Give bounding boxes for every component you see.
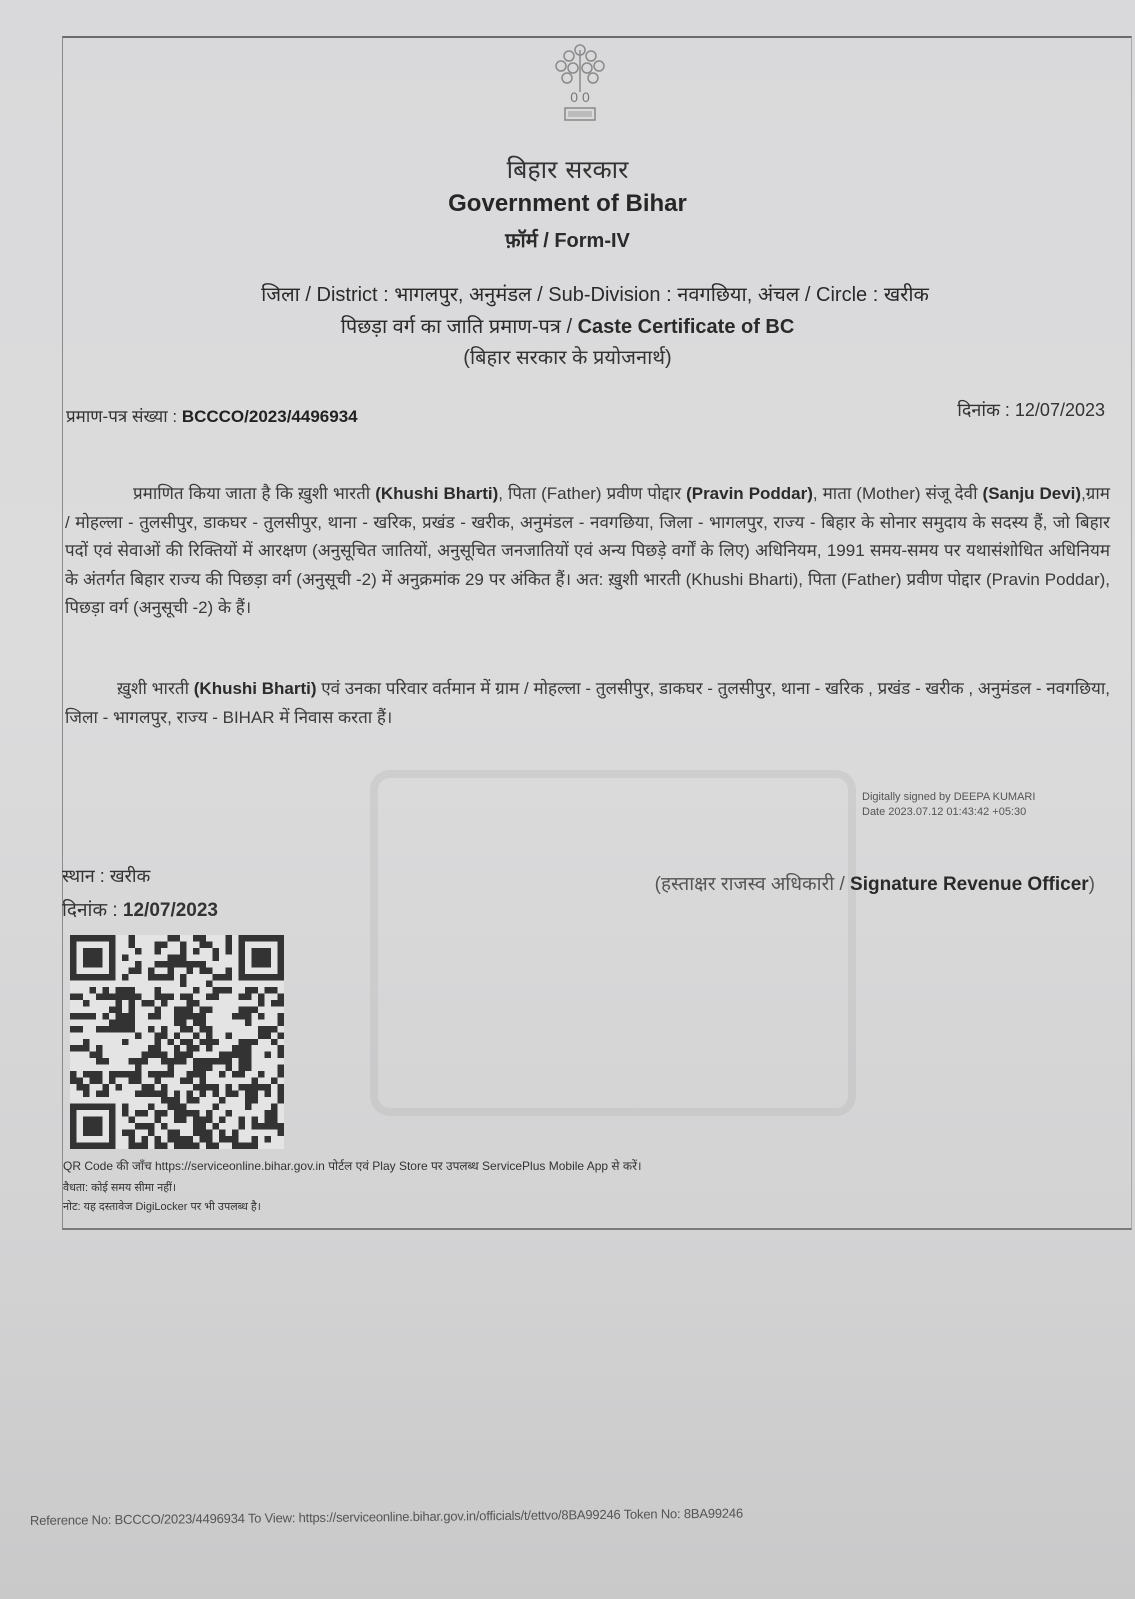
- signature-hindi: (हस्ताक्षर राजस्व अधिकारी /: [655, 874, 850, 895]
- signature-english: Signature Revenue Officer: [850, 874, 1089, 895]
- certificate-type: पिछड़ा वर्ग का जाति प्रमाण-पत्र / Caste …: [0, 312, 1135, 339]
- qr-verification-note: QR Code की जाँच https://serviceonline.bi…: [63, 1157, 642, 1174]
- text: ): [1089, 874, 1095, 895]
- text: प्रमाणित किया जाता है कि ख़ुशी भारती: [133, 484, 375, 503]
- subdivision-label: , अनुमंडल / Sub-Division :: [458, 284, 677, 306]
- district-value: भागलपुर: [394, 284, 458, 306]
- place-date: दिनांक : 12/07/2023: [62, 896, 218, 922]
- applicant-name: (Khushi Bharti): [375, 484, 498, 503]
- hindi-title: बिहार सरकार: [0, 152, 1135, 186]
- certificate-date-value: 12/07/2023: [1015, 400, 1105, 420]
- text: , माता (Mother) संजू देवी: [813, 484, 983, 503]
- text: ख़ुशी भारती: [117, 679, 194, 698]
- reference-line: Reference No: BCCCO/2023/4496934 To View…: [30, 1506, 743, 1528]
- place-label: स्थान :: [62, 866, 110, 886]
- place-value: खरीक: [110, 866, 151, 886]
- mother-name: (Sanju Devi): [983, 484, 1082, 503]
- district-label: जिला / District :: [261, 284, 394, 306]
- circle-value: खरीक: [884, 284, 929, 306]
- certificate-type-english: Caste Certificate of BC: [578, 316, 795, 338]
- certificate-type-hindi: पिछड़ा वर्ग का जाति प्रमाण-पत्र /: [341, 316, 578, 338]
- applicant-name: (Khushi Bharti): [194, 679, 317, 698]
- text: ,ग्राम / मोहल्ला - तुलसीपुर, डाकघर - तुल…: [65, 484, 1110, 617]
- location-line: जिला / District : भागलपुर, अनुमंडल / Sub…: [155, 280, 1035, 307]
- signature-label: (हस्ताक्षर राजस्व अधिकारी / Signature Re…: [655, 870, 1095, 896]
- residence-paragraph: ख़ुशी भारती (Khushi Bharti) एवं उनका परि…: [65, 675, 1110, 732]
- certificate-date-label: दिनांक :: [957, 400, 1015, 420]
- place-date-value: 12/07/2023: [123, 900, 218, 921]
- watermark: [370, 770, 856, 1116]
- circle-label: , अंचल / Circle :: [747, 284, 884, 306]
- certificate-number-value: BCCCO/2023/4496934: [182, 407, 358, 426]
- english-title: Government of Bihar: [0, 190, 1135, 218]
- certificate-purpose: (बिहार सरकार के प्रयोजनार्थ): [0, 343, 1135, 370]
- digilocker-note: नोट: यह दस्तावेज DigiLocker पर भी उपलब्ध…: [63, 1199, 261, 1214]
- certificate-number-label: प्रमाण-पत्र संख्या :: [66, 407, 182, 426]
- certificate-number: प्रमाण-पत्र संख्या : BCCCO/2023/4496934: [66, 404, 358, 427]
- certification-paragraph: प्रमाणित किया जाता है कि ख़ुशी भारती (Kh…: [65, 480, 1110, 623]
- qr-code-icon[interactable]: [70, 935, 284, 1149]
- place: स्थान : खरीक: [62, 864, 150, 888]
- subdivision-value: नवगछिया: [677, 284, 746, 306]
- text: , पिता (Father) प्रवीण पोद्दार: [498, 484, 686, 503]
- validity-note: वैधता: कोई समय सीमा नहीं।: [63, 1180, 176, 1195]
- bihar-govt-emblem-icon: 0 0: [545, 40, 615, 130]
- certificate-date: दिनांक : 12/07/2023: [957, 398, 1105, 422]
- digital-signature-date: Date 2023.07.12 01:43:42 +05:30: [862, 805, 1035, 820]
- form-number: फ़ॉर्म / Form-IV: [0, 226, 1135, 253]
- svg-text:0 0: 0 0: [570, 89, 590, 105]
- father-name: (Pravin Poddar): [686, 484, 813, 503]
- digital-signature: Digitally signed by DEEPA KUMARI Date 20…: [862, 790, 1035, 820]
- digital-signature-signer: Digitally signed by DEEPA KUMARI: [862, 790, 1035, 805]
- place-date-label: दिनांक :: [62, 900, 123, 921]
